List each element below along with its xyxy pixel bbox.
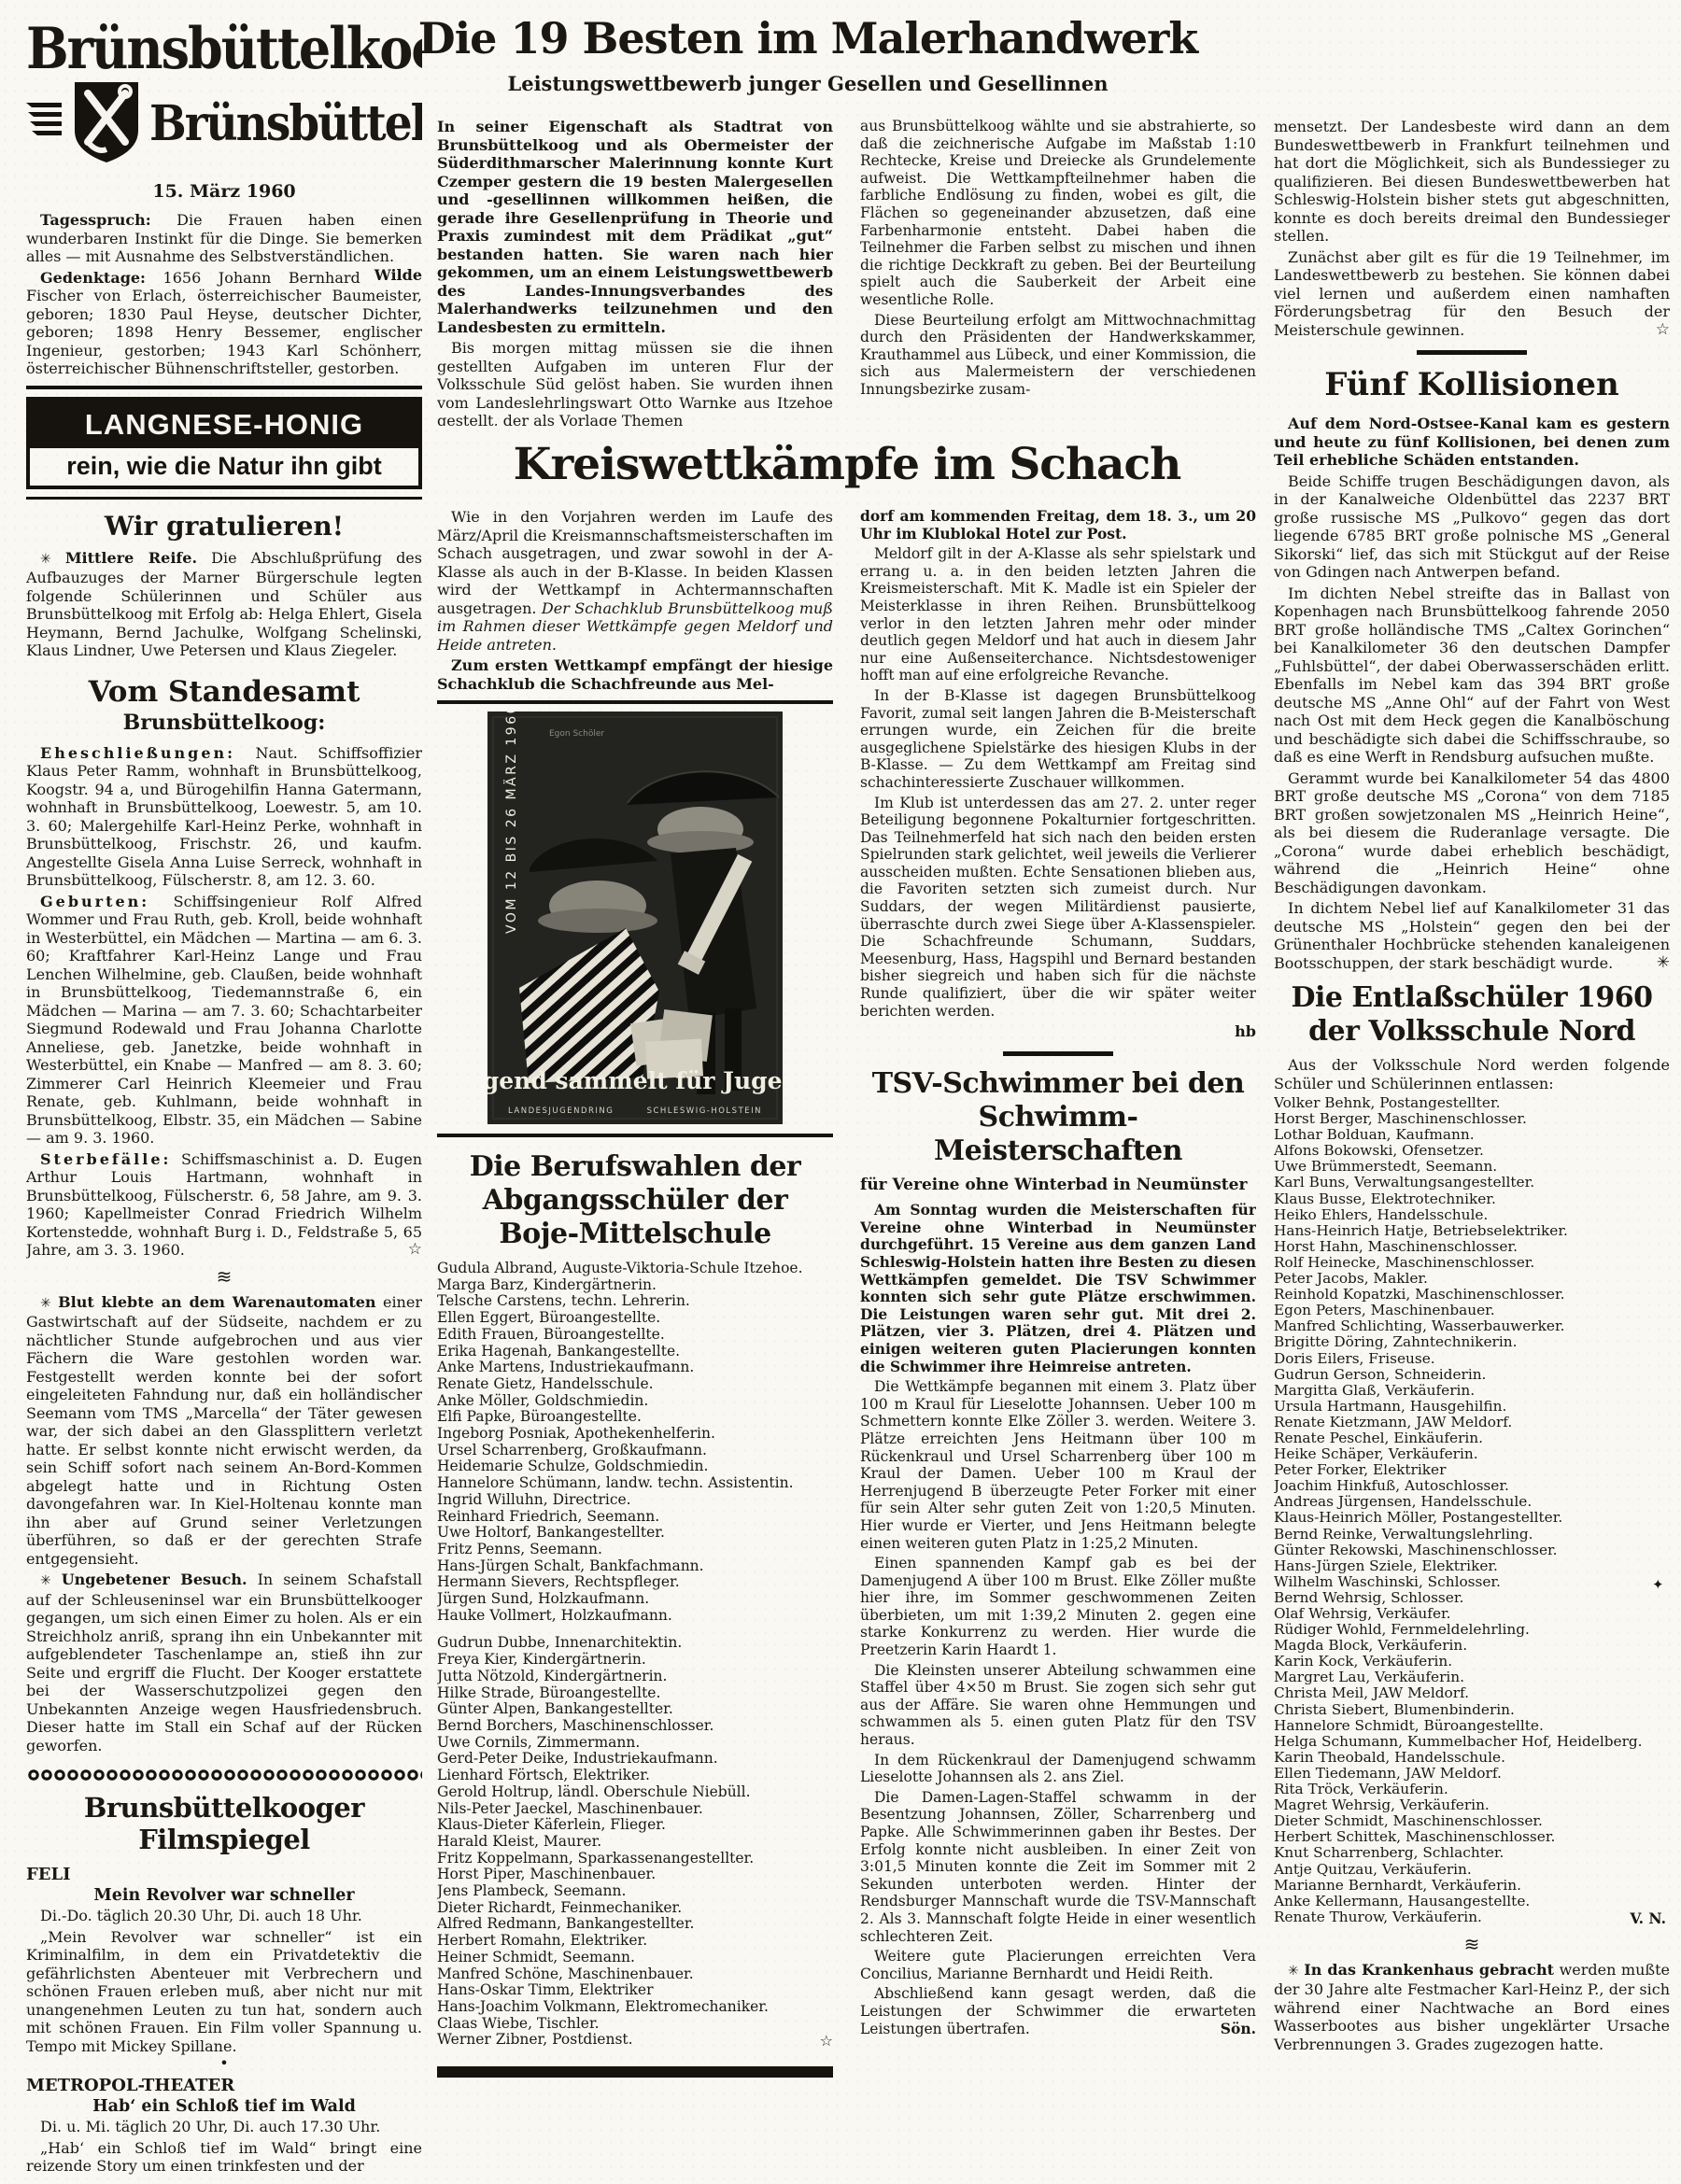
list-item: Anke Möller, Goldschmiedin.	[437, 1393, 833, 1410]
maler-col2-p1: Bis morgen mittag müssen sie die ihnen g…	[437, 339, 833, 426]
article-end-star: ✳	[1643, 954, 1670, 971]
list-item: Hans-Heinrich Hatje, Betriebselektriker.	[1274, 1223, 1670, 1239]
list-item: Helga Schumann, Kummelbacher Hof, Heidel…	[1274, 1734, 1670, 1750]
list-item: Wilhelm Waschinski, Schlosser.	[1274, 1574, 1670, 1590]
schach-col2-p1: Wie in den Vorjahren werden im Laufe des…	[437, 508, 833, 654]
short-rule	[1003, 1051, 1113, 1056]
list-item: Gudrun Dubbe, Innenarchitektin.	[437, 1635, 833, 1652]
list-item: Peter Jacobs, Makler.	[1274, 1271, 1670, 1287]
list-item: Christa Siebert, Blumenbinderin.	[1274, 1702, 1670, 1718]
kollisionen-p1: Beide Schiffe trugen Beschädigungen davo…	[1274, 472, 1670, 582]
article-end-star: ☆	[1642, 321, 1670, 338]
list-item: Karl Buns, Verwaltungsangestellter.	[1274, 1175, 1670, 1191]
newspaper-page: Die 19 Besten im Malerhandwerk Leistungs…	[0, 0, 1681, 2184]
maler-col3-block: aus Brunsbüttelkoog wählte und sie abstr…	[860, 118, 1256, 426]
metropol-times: Di. u. Mi. täglich 20 Uhr, Di. auch 17.3…	[26, 2118, 422, 2136]
schach-col3-p1: Meldorf gilt in der A-Klasse als sehr sp…	[860, 545, 1256, 684]
tsv-p5: Die Damen-Lagen-Staffel schwamm in der B…	[860, 1789, 1256, 1945]
list-item: Ellen Tiedemann, JAW Meldorf.	[1274, 1766, 1670, 1782]
entlass-heading: Die Entlaßschüler 1960 der Volksschule N…	[1274, 981, 1670, 1049]
list-item: Heidemarie Schulze, Goldschmiedin.	[437, 1458, 833, 1475]
kollisionen-p4: In dichtem Nebel lief auf Kanalkilometer…	[1274, 899, 1670, 972]
tsv-p6: Weitere gute Placierungen erreichten Ver…	[860, 1948, 1256, 1982]
list-item: Klaus-Dieter Käferlein, Flieger.	[437, 1817, 833, 1834]
list-item: Alfred Redmann, Bankangestellter.	[437, 1916, 833, 1933]
list-item: Volker Behnk, Postangestellter.	[1274, 1095, 1670, 1111]
list-item: Günter Rekowski, Maschinenschlosser.	[1274, 1543, 1670, 1558]
list-item: Horst Berger, Maschinenschlosser.	[1274, 1111, 1670, 1127]
maler-col3-p1: aus Brunsbüttelkoog wählte und sie abstr…	[860, 118, 1256, 309]
feli-cinema-name: FELI	[26, 1865, 422, 1884]
tsv-lead: Am Sonntag wurden die Meisterschaften fü…	[860, 1202, 1256, 1375]
list-item: Elfi Papke, Büroangestellte.	[437, 1409, 833, 1426]
list-item: Rita Tröck, Verkäuferin.	[1274, 1782, 1670, 1797]
lead-story-subtitle: Leistungswettbewerb junger Gesellen und …	[411, 72, 1205, 95]
list-item: Klaus-Heinrich Möller, Postangestellter.	[1274, 1510, 1670, 1526]
list-item: Bernd Wehrsig, Schlosser.	[1274, 1590, 1670, 1606]
list-item: Ingeborg Posniak, Apothekenhelferin.	[437, 1426, 833, 1443]
schach-col3-p2: In der B-Klasse ist dagegen Brunsbüttelk…	[860, 687, 1256, 792]
rule-below-ad	[26, 497, 422, 500]
list-item: Reinhard Friedrich, Seemann.	[437, 1509, 833, 1526]
list-item: Ellen Eggert, Büroangestellte.	[437, 1310, 833, 1327]
eheschliessungen: Eheschließungen: Naut. Schiffsoffizier K…	[26, 744, 422, 890]
list-item: Telsche Carstens, techn. Lehrerin.	[437, 1293, 833, 1310]
list-item: Renate Kietzmann, JAW Meldorf.	[1274, 1415, 1670, 1430]
list-item: Knut Scharrenberg, Schlachter.	[1274, 1845, 1670, 1861]
tsv-p3: Die Kleinsten unserer Abteilung schwamme…	[860, 1662, 1256, 1749]
list-item: Fritz Penns, Seemann.	[437, 1542, 833, 1558]
ad-slogan-line: rein, wie die Natur ihn gibt	[30, 448, 418, 486]
column-2: In seiner Eigenschaft als Stadtrat von B…	[437, 118, 833, 2184]
list-item: Jens Plambeck, Seemann.	[437, 1883, 833, 1900]
list-item: Magret Wehrsig, Verkäuferin.	[1274, 1797, 1670, 1813]
list-item: Rolf Heinecke, Maschinenschlosser.	[1274, 1255, 1670, 1271]
metropol-review: „Hab‘ ein Schloß tief im Wald“ bringt ei…	[26, 2139, 422, 2176]
blut-klebte: ✳ Blut klebte an dem Warenautomaten eine…	[26, 1293, 422, 1569]
feli-times: Di.-Do. täglich 20.30 Uhr, Di. auch 18 U…	[26, 1907, 422, 1925]
tsv-p7: Abschließend kann gesagt werden, daß die…	[860, 1985, 1256, 2037]
kollisionen-heading: Fünf Kollisionen	[1274, 366, 1670, 403]
section-end-star: ☆	[394, 1241, 422, 1258]
entlass-intro: Aus der Volksschule Nord werden folgende…	[1274, 1056, 1670, 1092]
list-item: Karin Kock, Verkäuferin.	[1274, 1654, 1670, 1670]
list-item: Harald Kleist, Maurer.	[437, 1834, 833, 1851]
list-item: Manfred Schlichting, Wasserbauwerker.	[1274, 1318, 1670, 1334]
ad-brand-line: LANGNESE-HONIG	[30, 401, 418, 448]
metropol-film-title: Hab‘ ein Schloß tief im Wald	[26, 2097, 422, 2116]
lead-story-title: Die 19 Besten im Malerhandwerk	[411, 13, 1205, 63]
list-item: Brigitte Döring, Zahntechnikerin.	[1274, 1334, 1670, 1350]
poster-footer-right: SCHLESWIG-HOLSTEIN	[647, 1106, 762, 1116]
maler-col4-p2: Zunächst aber gilt es für die 19 Teilneh…	[1274, 248, 1670, 340]
list-item: Margitta Glaß, Verkäuferin.	[1274, 1383, 1670, 1399]
bottom-ad-bar	[437, 2066, 833, 2078]
squiggle-separator: ≋	[1274, 1933, 1670, 1955]
maler-lead: In seiner Eigenschaft als Stadtrat von B…	[437, 118, 833, 336]
masthead-row: Brünsbüttel	[26, 78, 422, 168]
list-item: Nils-Peter Jaeckel, Maschinenbauer.	[437, 1801, 833, 1818]
poster-side-text: VOM 12 BIS 26 MÄRZ 1960	[502, 712, 519, 934]
list-item: Dieter Richardt, Feinmechaniker.	[437, 1900, 833, 1917]
ornament-band	[26, 1768, 422, 1782]
list-item: Anke Kellermann, Hausangestellte.	[1274, 1894, 1670, 1909]
list-item: Gudrun Gerson, Schneiderin.	[1274, 1367, 1670, 1383]
list-item: Jürgen Sund, Holzkaufmann.	[437, 1591, 833, 1608]
list-item: Heike Schäper, Verkäuferin.	[1274, 1446, 1670, 1462]
gratulieren-heading: Wir gratulieren!	[26, 511, 422, 542]
list-item: Ursula Hartmann, Hausgehilfin.	[1274, 1399, 1670, 1415]
gratulieren-text: ✳ Mittlere Reife. Die Abschlußprüfung de…	[26, 549, 422, 660]
list-item: Alfons Bokowski, Ofensetzer.	[1274, 1143, 1670, 1159]
column-3: aus Brunsbüttelkoog wählte und sie abstr…	[860, 118, 1256, 2184]
short-rule	[1417, 350, 1527, 355]
kollisionen-p2: Im dichten Nebel streifte das in Ballast…	[1274, 585, 1670, 767]
list-item: Peter Forker, Elektriker	[1274, 1462, 1670, 1478]
tsv-byline: Sön.	[1207, 2021, 1256, 2038]
berufswahlen-list-group2: Gudrun Dubbe, Innenarchitektin.Freya Kie…	[437, 1635, 833, 2049]
list-item: Rüdiger Wohld, Fernmeldelehrling.	[1274, 1622, 1670, 1638]
schach-col3-lead: dorf am kommenden Freitag, dem 18. 3., u…	[860, 508, 1256, 542]
entlass-list: Volker Behnk, Postangestellter.Horst Ber…	[1274, 1095, 1670, 1925]
list-item: Heiko Ehlers, Handelsschule.	[1274, 1207, 1670, 1223]
list-item: Magda Block, Verkäuferin.	[1274, 1638, 1670, 1654]
poster-footer-left: LANDESJUGENDRING	[508, 1106, 614, 1116]
list-item: Klaus Busse, Elektrotechniker.	[1274, 1191, 1670, 1207]
list-item: Hans-Oskar Timm, Elektriker	[437, 1982, 833, 1999]
masthead-title-2: Brünsbüttel	[149, 94, 422, 152]
list-item: Hauke Vollmert, Holzkaufmann.	[437, 1608, 833, 1625]
schach-byline: hb	[860, 1022, 1256, 1040]
tsv-p1: Die Wettkämpfe begannen mit einem 3. Pla…	[860, 1378, 1256, 1552]
list-item: Hermann Sievers, Rechtspfleger.	[437, 1574, 833, 1591]
tagesspruch-author: Wilde	[360, 266, 422, 285]
list-item: Ursel Scharrenberg, Großkaufmann.	[437, 1443, 833, 1459]
column-4: mensetzt. Der Landesbeste wird dann an d…	[1274, 118, 1670, 2184]
list-item: Gerold Holtrup, ländl. Oberschule Niebül…	[437, 1784, 833, 1801]
list-item: Herbert Schittek, Maschinenschlosser.	[1274, 1829, 1670, 1845]
berufswahlen-list-group1: Gudula Albrand, Auguste-Viktoria-Schule …	[437, 1261, 833, 1624]
list-item: Gerd-Peter Deike, Industriekaufmann.	[437, 1751, 833, 1768]
standesamt-subheading: Brunsbüttelkoog:	[26, 711, 422, 735]
masthead-title-1: Brünsbüttelkoog	[26, 15, 422, 82]
kollisionen-p3: Gerammt wurde bei Kanalkilometer 54 das …	[1274, 769, 1670, 897]
column-1: Brünsbüttelkoog Brüns	[26, 15, 422, 2184]
margin-mark: ✦	[1652, 1576, 1664, 1593]
list-item: Anke Martens, Industriekaufmann.	[437, 1360, 833, 1376]
list-item: Heiner Schmidt, Seemann.	[437, 1950, 833, 1966]
rule-above-ad	[26, 386, 422, 389]
dot-separator: •	[26, 2059, 422, 2068]
list-item: Gudula Albrand, Auguste-Viktoria-Schule …	[437, 1261, 833, 1277]
jugend-poster: Egon Schöler VOM 12 BIS 26 MÄRZ 1960 Jug…	[487, 712, 783, 1124]
list-item: Karin Theobald, Handelsschule.	[1274, 1750, 1670, 1766]
tsv-p2: Einen spannenden Kampf gab es bei der Da…	[860, 1555, 1256, 1659]
schach-col2-lead2: Zum ersten Wettkampf empfängt der hiesig…	[437, 656, 833, 693]
kollisionen-lead: Auf dem Nord-Ostsee-Kanal kam es gestern…	[1274, 415, 1670, 470]
list-item: Fritz Koppelmann, Sparkassenangestellter…	[437, 1851, 833, 1867]
list-item: Antje Quitzau, Verkäuferin.	[1274, 1862, 1670, 1878]
sterbefaelle: Sterbefälle: Schiffsmaschinist a. D. Eug…	[26, 1150, 422, 1260]
list-item: Renate Peschel, Einkäuferin.	[1274, 1430, 1670, 1446]
list-item: Doris Eilers, Friseuse.	[1274, 1351, 1670, 1367]
langnese-ad: LANGNESE-HONIG rein, wie die Natur ihn g…	[26, 397, 422, 489]
gedenktage: Gedenktage: 1656 Johann Bernhard Fischer…	[26, 269, 422, 378]
list-item: Uwe Cornils, Zimmermann.	[437, 1735, 833, 1752]
flourish-left-icon	[26, 97, 65, 149]
list-item: Hannelore Schmidt, Büroangestellte.	[1274, 1718, 1670, 1734]
ungebetener-besuch: ✳ Ungebetener Besuch. In seinem Schafsta…	[26, 1571, 422, 1754]
list-item: Uwe Holtorf, Bankangestellter.	[437, 1525, 833, 1542]
standesamt-heading: Vom Standesamt	[26, 675, 422, 709]
poster-signature: Egon Schöler	[549, 729, 604, 739]
lead-story-headline: Die 19 Besten im Malerhandwerk Leistungs…	[411, 13, 1205, 95]
list-item: Ingrid Willuhn, Directrice.	[437, 1492, 833, 1509]
list-item: Marga Barz, Kindergärtnerin.	[437, 1277, 833, 1294]
list-item: Egon Peters, Maschinenbauer.	[1274, 1303, 1670, 1318]
squiggle-separator: ≋	[26, 1265, 422, 1288]
list-item: Jutta Nötzold, Kindergärtnerin.	[437, 1669, 833, 1685]
list-item: Hans-Jürgen Schalt, Bankfachmann.	[437, 1558, 833, 1575]
list-item: Hans-Jürgen Sziele, Elektriker.	[1274, 1558, 1670, 1574]
list-item: Herbert Romahn, Elektriker.	[437, 1933, 833, 1950]
list-item: Hannelore Schümann, landw. techn. Assist…	[437, 1475, 833, 1492]
berufswahlen-heading: Die Berufswahlen der Abgangsschüler der …	[437, 1150, 833, 1251]
list-item: Manfred Schöne, Maschinenbauer.	[437, 1966, 833, 1983]
filmspiegel-heading: Brunsbüttelkooger Filmspiegel	[26, 1792, 422, 1855]
list-item: Lienhard Förtsch, Elektriker.	[437, 1768, 833, 1784]
headline-spacer	[437, 426, 833, 508]
list-item: Erika Hagenah, Bankangestellte.	[437, 1344, 833, 1360]
headline-spacer	[860, 426, 1256, 508]
maler-col4-p1: mensetzt. Der Landesbeste wird dann an d…	[1274, 118, 1670, 246]
list-item: Renate Gietz, Handelsschule.	[437, 1376, 833, 1393]
list-item: Lothar Bolduan, Kaufmann.	[1274, 1127, 1670, 1143]
maler-col3-p2: Diese Beurteilung erfolgt am Mittwochnac…	[860, 312, 1256, 399]
list-item: Hans-Joachim Volkmann, Elektromechaniker…	[437, 1999, 833, 2016]
date: 15. März 1960	[26, 181, 422, 202]
anchor-crest-icon	[71, 78, 142, 168]
list-item: Dieter Schmidt, Maschinenschlosser.	[1274, 1813, 1670, 1829]
list-item: Bernd Borchers, Maschinenschlosser.	[437, 1718, 833, 1735]
list-item: Horst Piper, Maschinenbauer.	[437, 1867, 833, 1883]
list-item: Margret Lau, Verkäuferin.	[1274, 1670, 1670, 1685]
feli-review: „Mein Revolver war schneller“ ist ein Kr…	[26, 1928, 422, 2056]
feli-film-title: Mein Revolver war schneller	[26, 1886, 422, 1905]
tsv-heading: TSV-Schwimmer bei den Schwimm-Meistersch…	[860, 1067, 1256, 1168]
rule-above-poster	[437, 700, 833, 704]
list-item: Joachim Hinkfuß, Autoschlosser.	[1274, 1478, 1670, 1494]
poster-illustration: Egon Schöler VOM 12 BIS 26 MÄRZ 1960 Jug…	[487, 712, 783, 1124]
maler-col2-block: In seiner Eigenschaft als Stadtrat von B…	[437, 118, 833, 426]
list-item: Marianne Bernhardt, Verkäuferin.	[1274, 1878, 1670, 1894]
list-item: Edith Frauen, Büroangestellte.	[437, 1327, 833, 1344]
krankenhaus: ✳ In das Krankenhaus gebracht werden muß…	[1274, 1961, 1670, 2054]
geburten: Geburten: Schiffsingenieur Rolf Alfred W…	[26, 893, 422, 1148]
list-item: Reinhold Kopatzki, Maschinenschlosser.	[1274, 1287, 1670, 1303]
rule-below-poster	[437, 1134, 833, 1137]
list-item: Horst Hahn, Maschinenschlosser.	[1274, 1239, 1670, 1255]
list-item: Bernd Reinke, Verwaltungslehrling.	[1274, 1527, 1670, 1543]
list-item: Christa Meil, JAW Meldorf.	[1274, 1685, 1670, 1701]
list-item: Claas Wiebe, Tischler.	[437, 2016, 833, 2033]
schach-col3-p3: Im Klub ist unterdessen das am 27. 2. un…	[860, 795, 1256, 1021]
list-item: Hilke Strade, Büroangestellte.	[437, 1685, 833, 1702]
list-item: Freya Kier, Kindergärtnerin.	[437, 1652, 833, 1669]
list-item: Uwe Brümmerstedt, Seemann.	[1274, 1159, 1670, 1175]
list-item: Olaf Wehrsig, Verkäufer.	[1274, 1606, 1670, 1622]
tagesspruch: Tagesspruch: Die Frauen haben einen wund…	[26, 211, 422, 266]
list-item: Andreas Jürgensen, Handelsschule.	[1274, 1494, 1670, 1510]
metropol-cinema-name: METROPOL-THEATER	[26, 2076, 422, 2095]
tsv-subheading: für Vereine ohne Winterbad in Neumünster	[860, 1176, 1256, 1194]
tsv-p4: In dem Rückenkraul der Damenjugend schwa…	[860, 1752, 1256, 1786]
poster-slogan: Jugend sammelt für Jugend	[487, 1067, 783, 1094]
list-item: Günter Alpen, Bankangestellter.	[437, 1701, 833, 1718]
